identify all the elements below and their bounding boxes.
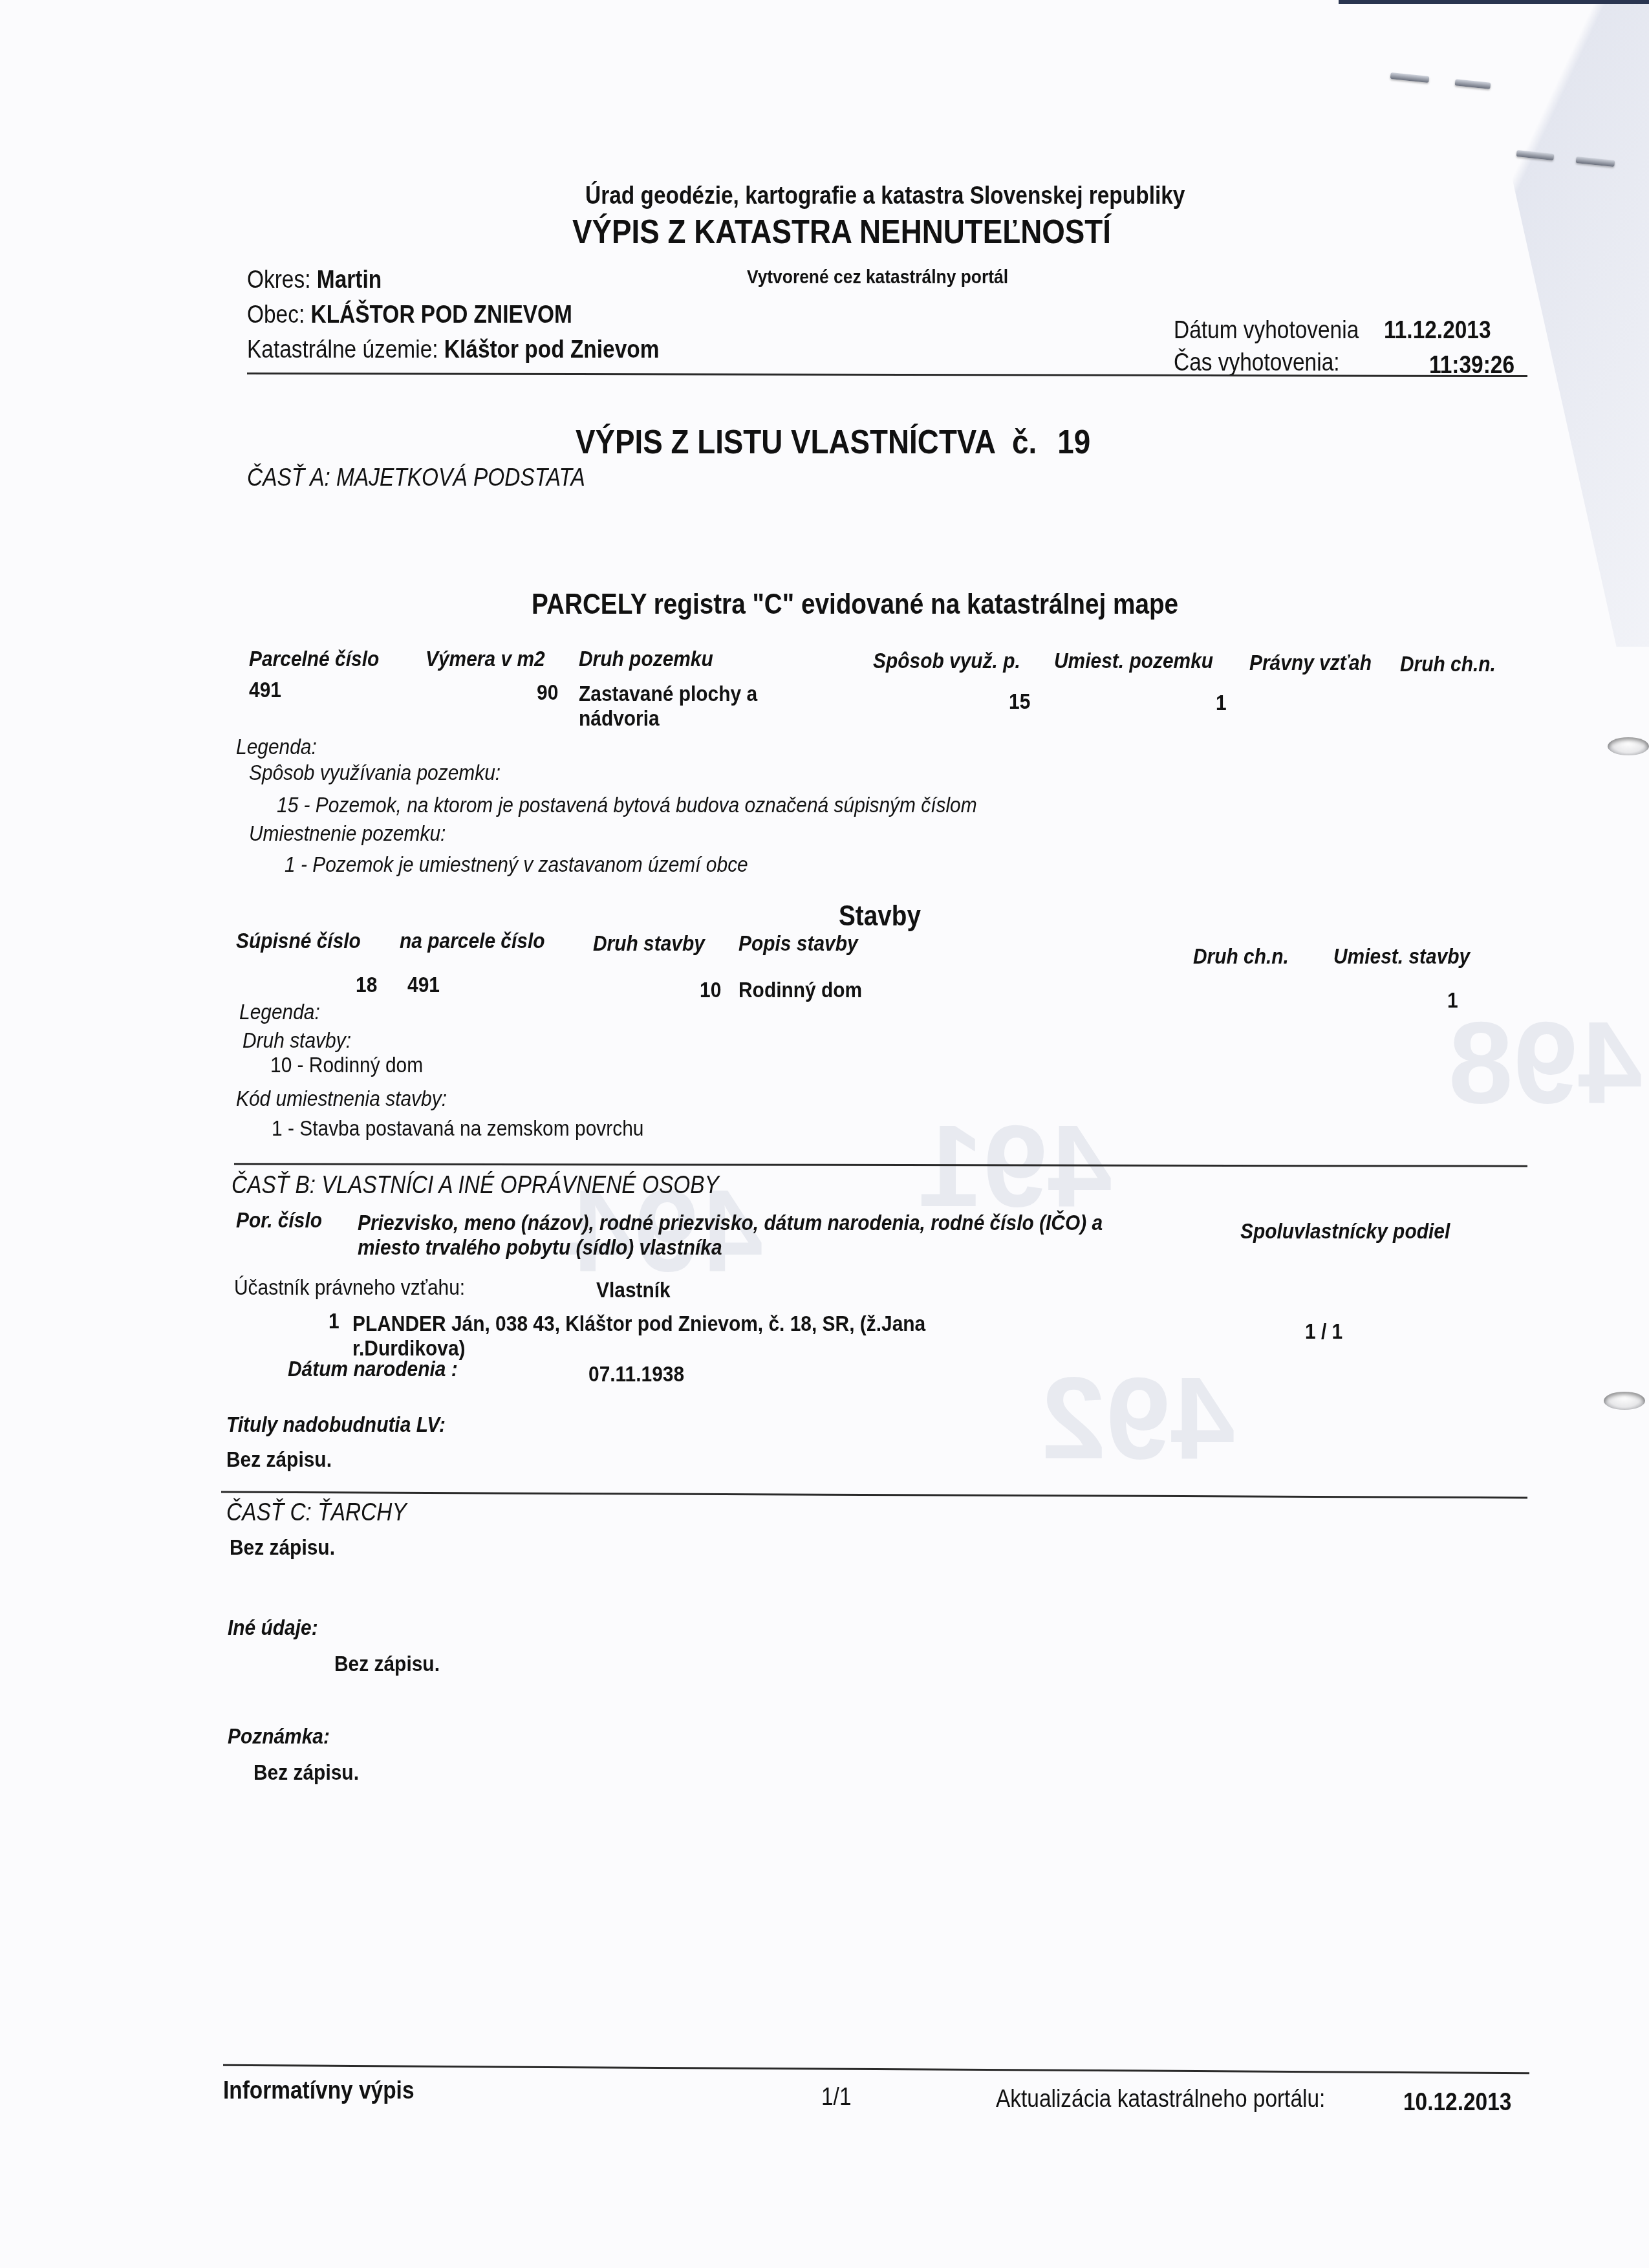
cell-parcelne-cislo: 491 [249,678,281,703]
cell-vymera: 90 [537,680,558,706]
show-through-number: 498 [1449,996,1643,1130]
footer-page-number: 1/1 [821,2084,851,2112]
col-owner-desc-line2: miesto trvalého pobytu (sídlo) vlastníka [358,1235,722,1260]
owner-line1: PLANDER Ján, 038 43, Kláštor pod Znievom… [352,1312,925,1337]
lv-title-text: VÝPIS Z LISTU VLASTNÍCTVA [576,424,995,461]
staple-icon [1390,72,1430,83]
lv-number: 19 [1057,424,1090,461]
ine-udaje-value: Bez zápisu. [334,1652,440,1677]
legend-label: Legenda: [236,735,317,760]
legend-kod-item: 1 - Stavba postavaná na zemskom povrchu [272,1116,643,1141]
cell-supisne-cislo: 18 [356,973,377,998]
punch-hole-icon [1604,1392,1645,1410]
parcely-title: PARCELY registra "C" evidované na katast… [532,589,1178,621]
okres-label: Okres: [247,266,310,294]
col-popis-stavby: Popis stavby [738,931,858,956]
cell-druh-pozemku-line1: Zastavané plochy a [579,682,757,707]
ucastnik-label: Účastník právneho vzťahu: [234,1275,465,1301]
col-owner-desc-line1: Priezvisko, meno (názov), rodné priezvis… [358,1211,1103,1236]
col-na-parcele: na parcele číslo [400,929,545,954]
katastralne-uzemie-value: Kláštor pod Znievom [444,336,660,363]
footer-divider [223,2064,1529,2074]
cell-umiest-pozemku: 1 [1216,691,1227,716]
owner-por-cislo: 1 [329,1309,339,1334]
cell-sposob-vyuz: 15 [1009,689,1030,715]
cell-umiest-stavby: 1 [1447,988,1458,1013]
cell-na-parcele: 491 [407,973,440,998]
col-umiest-pozemku: Umiest. pozemku [1054,649,1213,674]
cell-druh-pozemku-line2: nádvoria [579,706,660,731]
datum-label: Dátum vyhotovenia [1174,317,1359,345]
legend-umiestnenie-item: 1 - Pozemok je umiestnený v zastavanom ú… [285,852,748,878]
col-sposob-vyuz: Spôsob využ. p. [873,649,1020,674]
footer-informativny-vypis: Informatívny výpis [223,2077,414,2106]
lv-title: VÝPIS Z LISTU VLASTNÍCTVA č. 19 [576,424,1090,462]
legend-umiestnenie-label: Umiestnenie pozemku: [249,821,446,847]
cell-popis-stavby: Rodinný dom [738,978,862,1003]
ine-udaje-label: Iné údaje: [228,1615,318,1641]
page-edge [1339,0,1649,4]
obec-value: KLÁŠTOR POD ZNIEVOM [311,301,572,329]
authority-name: Úrad geodézie, kartografie a katastra Sl… [585,182,1185,211]
col-druh-chn: Druh ch.n. [1400,652,1496,677]
legend-druh-label: Druh stavby: [242,1028,351,1053]
cell-druh-stavby: 10 [700,978,721,1003]
poznamka-label: Poznámka: [228,1724,330,1749]
owner-birth-value: 07.11.1938 [588,1362,684,1387]
col-druh-stavby: Druh stavby [593,931,705,956]
owner-podiel: 1 / 1 [1305,1319,1342,1345]
col-vymera: Výmera v m2 [426,647,545,672]
document-subtitle: Vytvorené cez katastrálny portál [747,266,1008,289]
col-parcelne-cislo: Parcelné číslo [249,647,379,672]
col-umiest-stavby: Umiest. stavby [1333,944,1470,969]
part-a-heading: ČASŤ A: MAJETKOVÁ PODSTATA [247,464,585,493]
cas-label: Čas vyhotovenia: [1174,349,1340,378]
tituly-value: Bez zápisu. [226,1447,332,1473]
okres-value: Martin [317,266,382,294]
document-title: VÝPIS Z KATASTRA NEHNUTEĽNOSTÍ [572,213,1111,252]
ucastnik-value: Vlastník [596,1278,671,1303]
col-pravny-vztah: Právny vzťah [1249,651,1372,676]
katastralne-uzemie-row: Katastrálne územie: Kláštor pod Znievom [247,336,659,365]
legend-druh-item: 10 - Rodinný dom [270,1053,423,1078]
owner-birth-label: Dátum narodenia : [288,1357,458,1382]
okres-row: Okres: Martin [247,266,382,295]
col-spoluvlastnicky-podiel: Spoluvlastnícky podiel [1240,1219,1450,1244]
scanned-document-page: 498 491 494 492 Úrad geodézie, kartograf… [0,0,1649,2268]
legend-sposob-label: Spôsob využívania pozemku: [249,761,501,786]
obec-label: Obec: [247,301,305,329]
katastralne-uzemie-label: Katastrálne územie: [247,336,438,363]
part-b-heading: ČASŤ B: VLASTNÍCI A INÉ OPRÁVNENÉ OSOBY [232,1172,719,1200]
poznamka-value: Bez zápisu. [253,1760,359,1786]
footer-update-label: Aktualizácia katastrálneho portálu: [996,2086,1325,2114]
tituly-label: Tituly nadobudnutia LV: [226,1412,446,1438]
part-c-heading: ČASŤ C: ŤARCHY [226,1499,407,1528]
col-por-cislo: Por. číslo [236,1208,322,1233]
datum-value: 11.12.2013 [1384,317,1491,345]
punch-hole-icon [1608,737,1649,755]
legend-sposob-item: 15 - Pozemok, na ktorom je postavená byt… [277,793,977,818]
part-c-value: Bez zápisu. [230,1535,335,1561]
staple-icon [1455,79,1491,89]
show-through-number: 492 [1041,1352,1235,1485]
col-druh-chn: Druh ch.n. [1193,944,1289,969]
col-supisne-cislo: Súpisné číslo [236,929,361,954]
legend-kod-label: Kód umiestnenia stavby: [236,1086,447,1112]
legend-label: Legenda: [239,1000,320,1025]
stavby-title: Stavby [839,900,921,933]
part-b-divider [234,1163,1527,1167]
part-c-divider [221,1491,1527,1499]
lv-number-prefix: č. [1012,424,1037,461]
footer-update-value: 10.12.2013 [1403,2089,1511,2117]
col-druh-pozemku: Druh pozemku [579,647,713,672]
obec-row: Obec: KLÁŠTOR POD ZNIEVOM [247,301,572,330]
